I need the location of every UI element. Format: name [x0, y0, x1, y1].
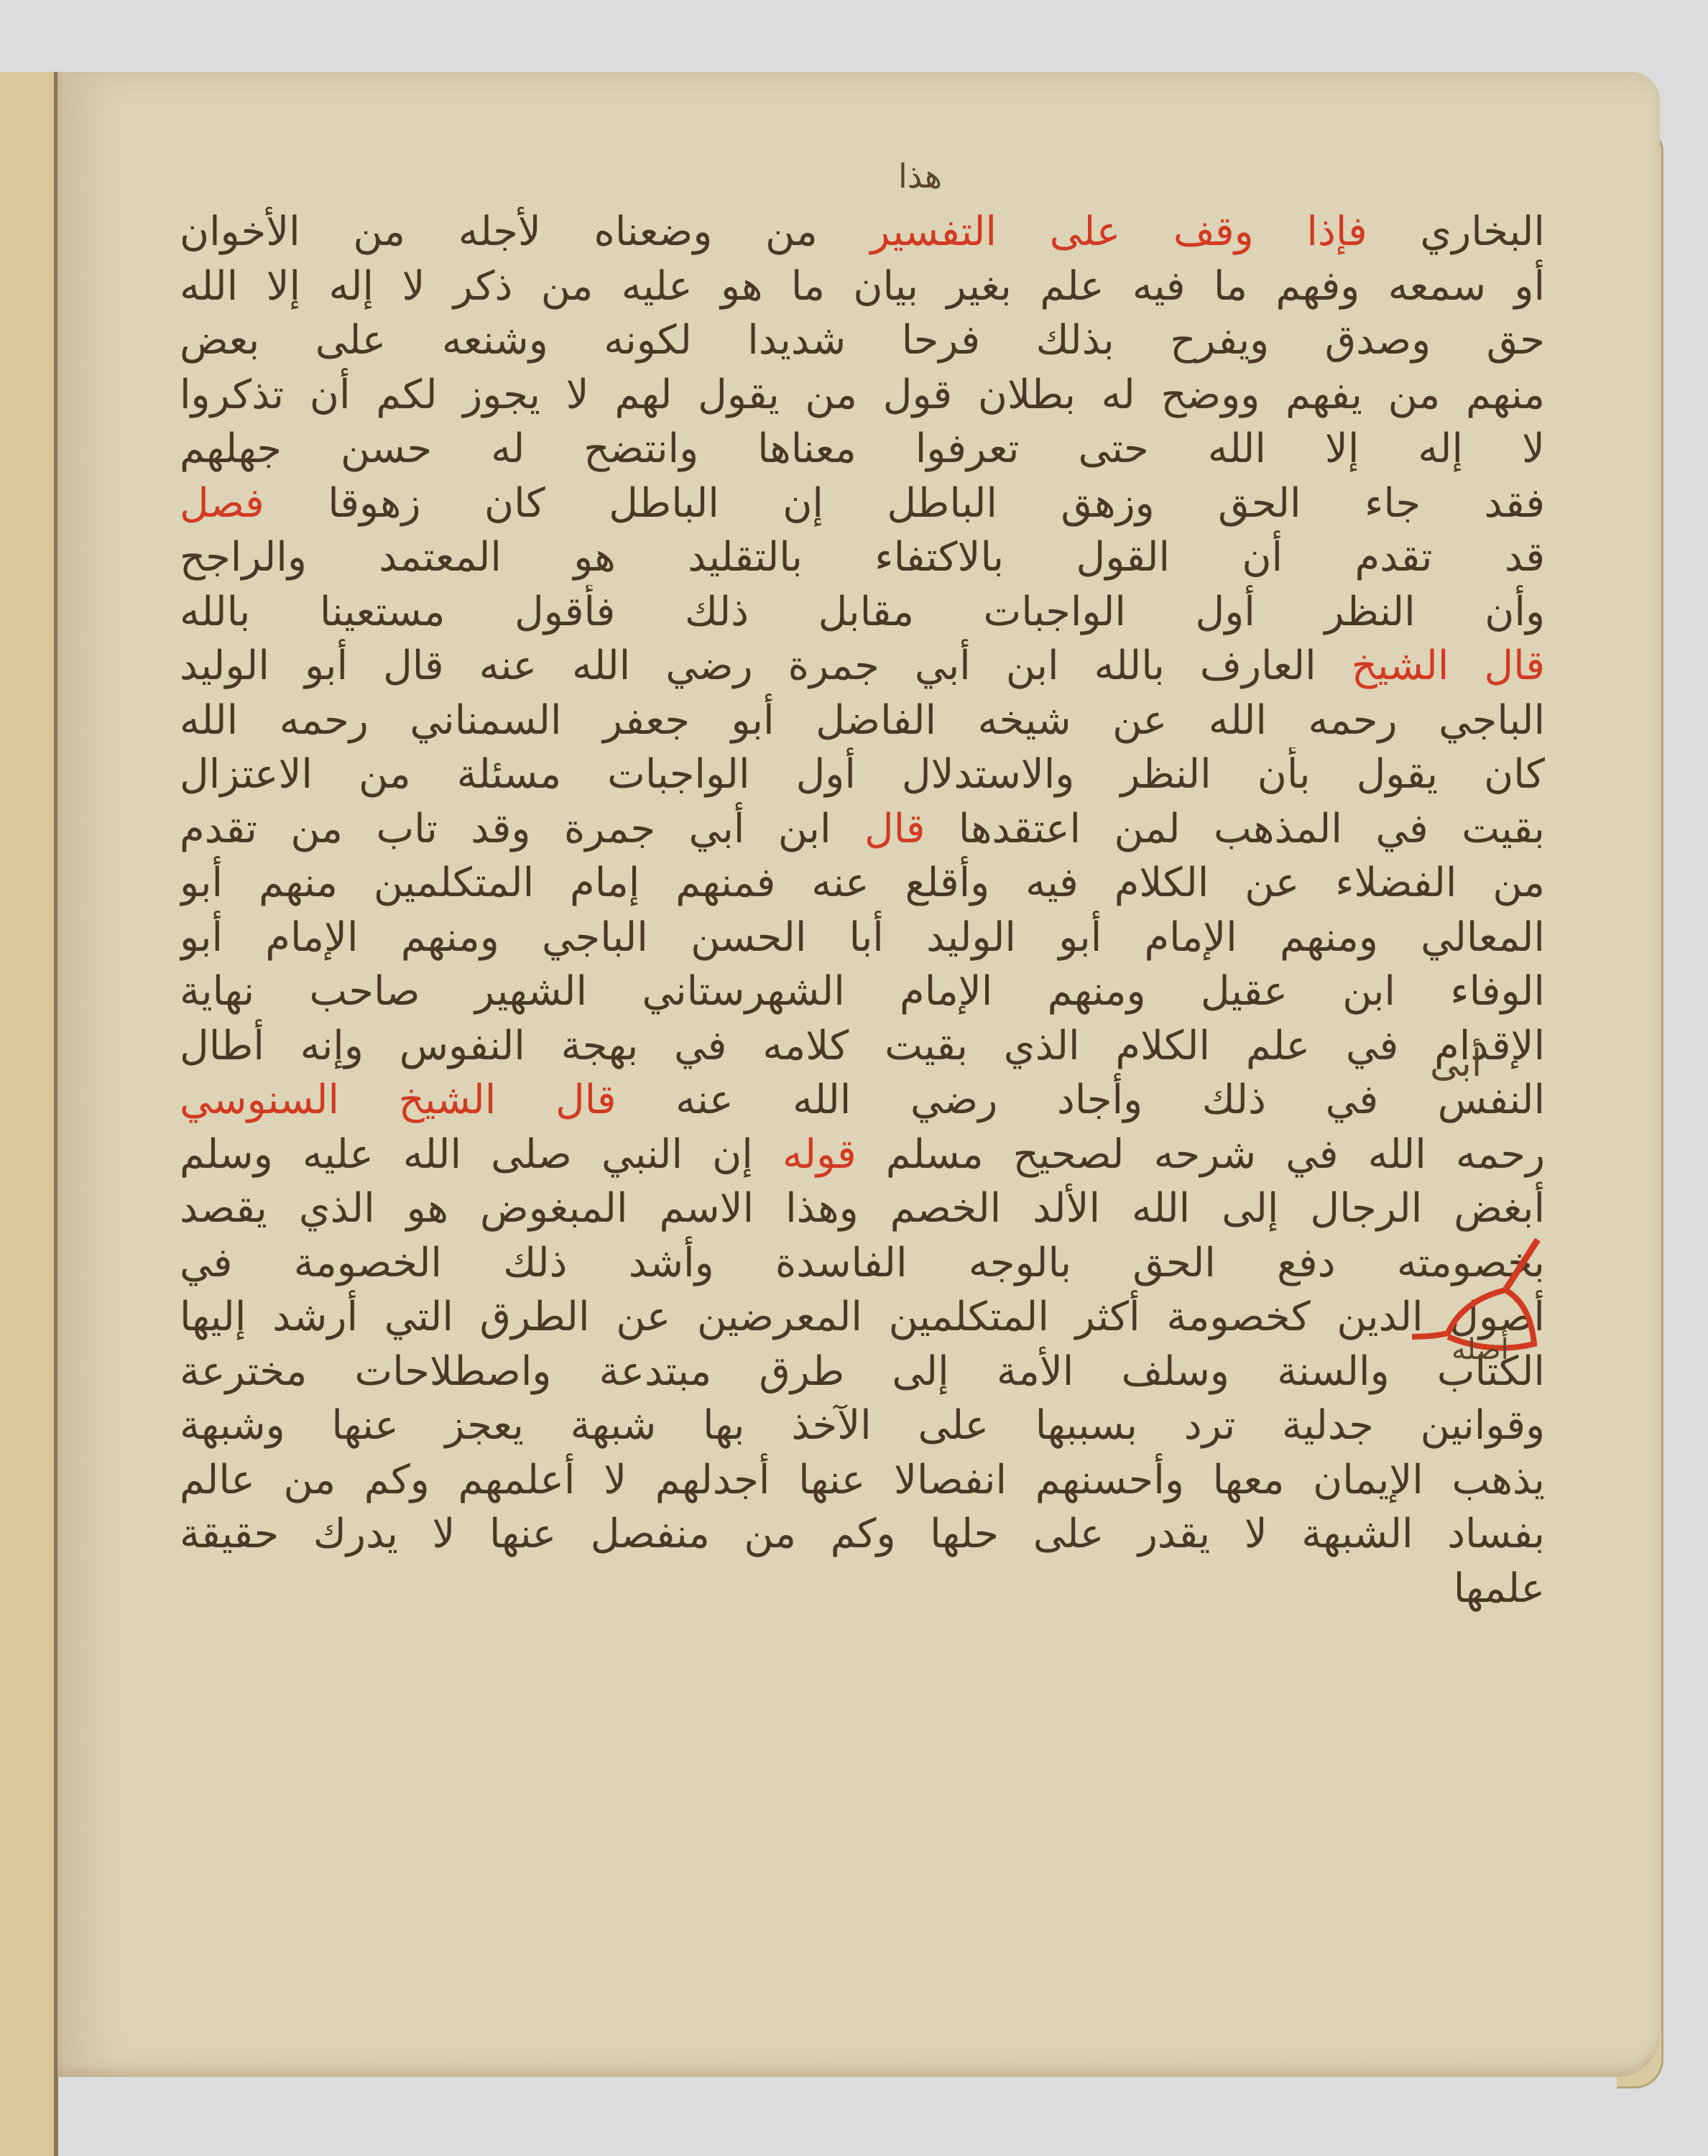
- body-text: لا إله إلا الله حتى تعرفوا معناها وانتضح…: [180, 425, 1545, 472]
- rubric-text: قال الشيخ: [1352, 642, 1545, 689]
- text-line: منهم من يفهم ووضح له بطلان قول من يقول ل…: [180, 368, 1545, 423]
- margin-note: أبى: [1430, 1042, 1482, 1085]
- body-text: فقد جاء الحق وزهق الباطل إن الباطل كان ز…: [264, 480, 1545, 527]
- text-line: قد تقدم أن القول بالاكتفاء بالتقليد هو ا…: [180, 530, 1545, 585]
- body-text: منهم من يفهم ووضح له بطلان قول من يقول ل…: [180, 372, 1545, 418]
- text-line: الباجي رحمه الله عن شيخه الفاضل أبو جعفر…: [180, 694, 1545, 748]
- body-text: حق وصدق ويفرح بذلك فرحا شديدا لكونه وشنع…: [180, 317, 1545, 364]
- body-text: من وضعناه لأجله من الأخوان: [180, 208, 870, 255]
- body-text: يذهب الإيمان معها وأحسنهم انفصالا عنها أ…: [180, 1457, 1545, 1503]
- text-line: يذهب الإيمان معها وأحسنهم انفصالا عنها أ…: [180, 1453, 1545, 1508]
- margin-note: أصله: [1451, 1333, 1509, 1366]
- text-block: البخاري فإذا وقف على التفسير من وضعناه ل…: [180, 205, 1545, 1616]
- text-line: بفساد الشبهة لا يقدر على حلها وكم من منف…: [180, 1507, 1545, 1562]
- body-text: قد تقدم أن القول بالاكتفاء بالتقليد هو ا…: [180, 534, 1545, 581]
- body-text: رحمه الله في شرحه لصحيح مسلم: [857, 1131, 1545, 1178]
- body-text: ابن أبي جمرة وقد تاب من تقدم: [180, 806, 864, 852]
- text-line: وقوانين جدلية ترد بسببها على الآخذ بها ش…: [180, 1399, 1545, 1453]
- body-text: أو سمعه وفهم ما فيه علم بغير بيان ما هو …: [180, 263, 1545, 310]
- rubric-text: قال الشيخ السنوسي: [180, 1077, 616, 1123]
- text-line: أبغض الرجال إلى الله الألد الخصم وهذا ال…: [180, 1181, 1545, 1236]
- text-line: حق وصدق ويفرح بذلك فرحا شديدا لكونه وشنع…: [180, 313, 1545, 368]
- text-line: وأن النظر أول الواجبات مقابل ذلك فأقول م…: [180, 585, 1545, 640]
- rubric-text: فصل: [180, 480, 264, 527]
- text-line: قال الشيخ العارف بالله ابن أبي جمرة رضي …: [180, 639, 1545, 694]
- rubric-text: قوله: [783, 1131, 857, 1178]
- catchword-header: هذا: [898, 157, 942, 195]
- body-text: من الفضلاء عن الكلام فيه وأقلع عنه فمنهم…: [180, 860, 1545, 906]
- rubric-text: فإذا وقف على التفسير: [870, 208, 1367, 255]
- body-text: البخاري: [1367, 208, 1545, 255]
- body-text: الكتاب والسنة وسلف الأمة إلى طرق مبتدعة …: [180, 1348, 1545, 1395]
- body-text: الوفاء ابن عقيل ومنهم الإمام الشهرستاني …: [180, 968, 1545, 1015]
- text-line: أصول الدين كخصومة أكثر المتكلمين المعرضي…: [180, 1290, 1545, 1345]
- body-text: الباجي رحمه الله عن شيخه الفاضل أبو جعفر…: [180, 697, 1545, 744]
- body-text: بفساد الشبهة لا يقدر على حلها وكم من منف…: [180, 1511, 1545, 1557]
- body-text: وقوانين جدلية ترد بسببها على الآخذ بها ش…: [180, 1402, 1545, 1449]
- body-text: الإقدام في علم الكلام الذي بقيت كلامه في…: [180, 1023, 1545, 1069]
- body-text: أبغض الرجال إلى الله الألد الخصم وهذا ال…: [180, 1185, 1545, 1232]
- text-line: بقيت في المذهب لمن اعتقدها قال ابن أبي ج…: [180, 802, 1545, 857]
- text-line: فقد جاء الحق وزهق الباطل إن الباطل كان ز…: [180, 476, 1545, 531]
- body-text: إن النبي صلى الله عليه وسلم: [180, 1131, 783, 1178]
- text-line: أو سمعه وفهم ما فيه علم بغير بيان ما هو …: [180, 259, 1545, 314]
- text-line: الوفاء ابن عقيل ومنهم الإمام الشهرستاني …: [180, 964, 1545, 1019]
- body-text: أصول الدين كخصومة أكثر المتكلمين المعرضي…: [180, 1294, 1545, 1340]
- body-text: المعالي ومنهم الإمام أبو الوليد أبا الحس…: [180, 914, 1545, 961]
- body-text: بخصومته دفع الحق بالوجه الفاسدة وأشد ذلك…: [180, 1240, 1545, 1286]
- text-line: لا إله إلا الله حتى تعرفوا معناها وانتضح…: [180, 422, 1545, 476]
- body-text: وأن النظر أول الواجبات مقابل ذلك فأقول م…: [180, 589, 1545, 635]
- facing-page-edge: [0, 72, 58, 2156]
- text-line: البخاري فإذا وقف على التفسير من وضعناه ل…: [180, 205, 1545, 259]
- body-text: علمها: [1454, 1565, 1545, 1612]
- body-text: النفس في ذلك وأجاد رضي الله عنه: [616, 1077, 1545, 1123]
- body-text: العارف بالله ابن أبي جمرة رضي الله عنه ق…: [180, 642, 1352, 689]
- body-text: بقيت في المذهب لمن اعتقدها: [925, 806, 1545, 852]
- text-line: رحمه الله في شرحه لصحيح مسلم قوله إن الن…: [180, 1128, 1545, 1182]
- text-line: كان يقول بأن النظر والاستدلال أول الواجب…: [180, 747, 1545, 802]
- text-line: الكتاب والسنة وسلف الأمة إلى طرق مبتدعة …: [180, 1345, 1545, 1399]
- text-line: الإقدام في علم الكلام الذي بقيت كلامه في…: [180, 1019, 1545, 1074]
- rubric-text: قال: [864, 806, 925, 852]
- body-text: كان يقول بأن النظر والاستدلال أول الواجب…: [180, 751, 1545, 798]
- text-line: المعالي ومنهم الإمام أبو الوليد أبا الحس…: [180, 911, 1545, 965]
- text-line: النفس في ذلك وأجاد رضي الله عنه قال الشي…: [180, 1073, 1545, 1128]
- text-line: بخصومته دفع الحق بالوجه الفاسدة وأشد ذلك…: [180, 1236, 1545, 1291]
- text-line: من الفضلاء عن الكلام فيه وأقلع عنه فمنهم…: [180, 856, 1545, 911]
- text-line: علمها: [180, 1562, 1545, 1616]
